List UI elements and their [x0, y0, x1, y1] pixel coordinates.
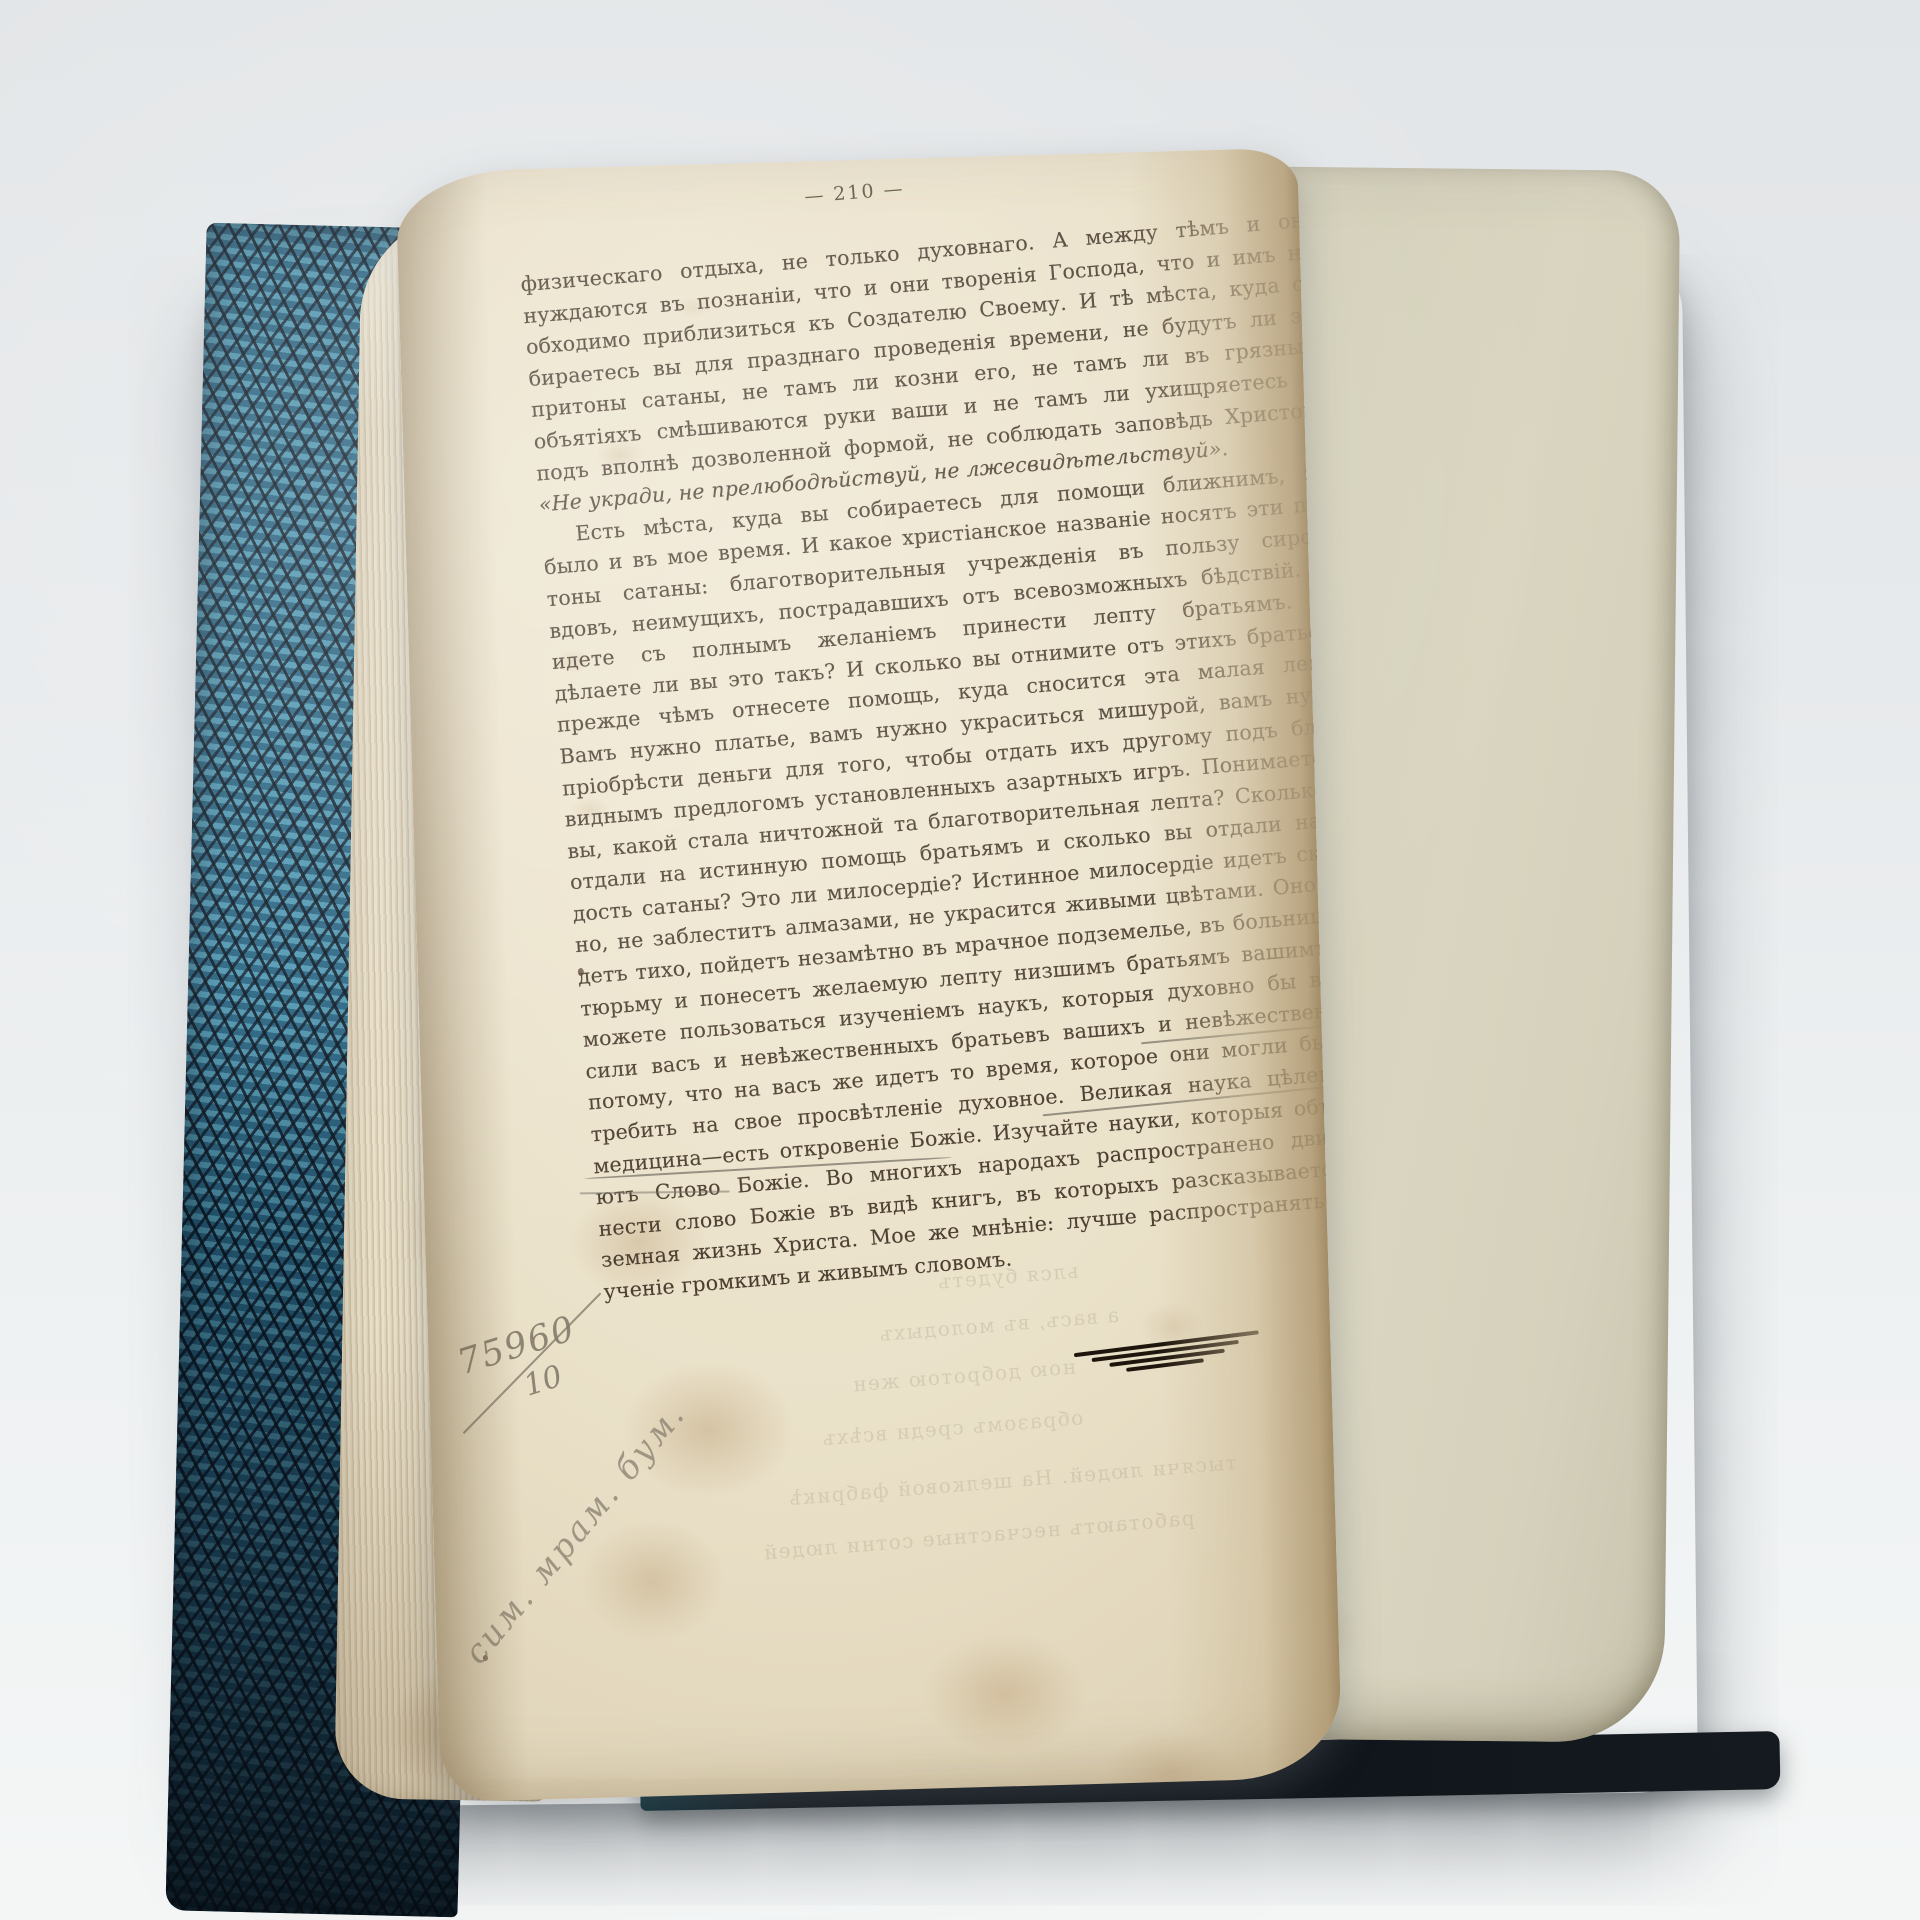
- printed-page: ьлся будетъа васъ, въ молодыхъною доброт…: [395, 148, 1342, 1803]
- bleedthrough-line: а васъ, въ молодыхъ: [877, 1303, 1120, 1346]
- bleedthrough-line: образомъ среди всѣхъ: [820, 1405, 1084, 1450]
- bleedthrough-line: работаютъ несчастные сотни людей: [761, 1506, 1195, 1565]
- bleedthrough-line: ною добротою жен: [851, 1355, 1077, 1397]
- photo-scene: ьлся будетъа васъ, въ молодыхъною доброт…: [0, 0, 1920, 1920]
